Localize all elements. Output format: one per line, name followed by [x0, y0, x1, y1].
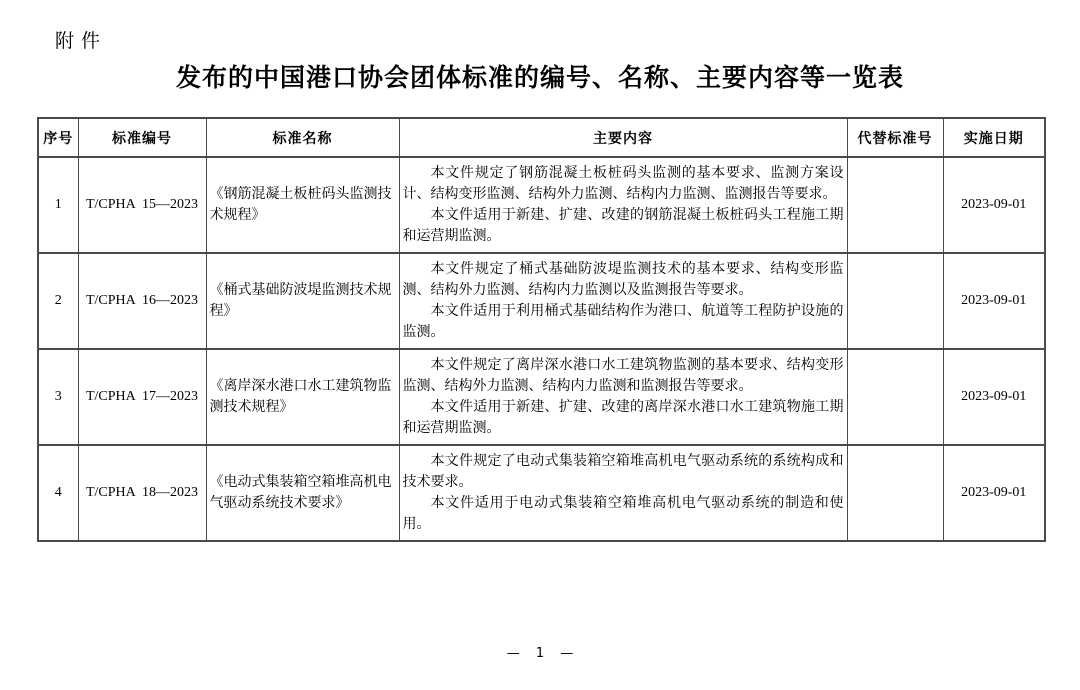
cell-seq: 2 [38, 253, 78, 349]
page-number: — 1 — [0, 646, 1080, 661]
cell-seq: 4 [38, 445, 78, 541]
cell-replaced-standard [847, 253, 943, 349]
cell-main-content: 本文件规定了桶式基础防波堤监测技术的基本要求、结构变形监测、结构外力监测、结构内… [399, 253, 847, 349]
col-header-name: 标准名称 [206, 118, 399, 157]
col-header-seq: 序号 [38, 118, 78, 157]
cell-replaced-standard [847, 349, 943, 445]
cell-standard-name: 《钢筋混凝土板桩码头监测技术规程》 [206, 157, 399, 253]
cell-standard-code: T/CPHA 18—2023 [78, 445, 206, 541]
col-header-replaced: 代替标准号 [847, 118, 943, 157]
content-paragraph: 本文件适用于新建、扩建、改建的离岸深水港口水工建筑物施工期和运营期监测。 [403, 397, 844, 439]
cell-standard-name: 《桶式基础防波堤监测技术规程》 [206, 253, 399, 349]
cell-implementation-date: 2023-09-01 [943, 157, 1045, 253]
table-row: 1 T/CPHA 15—2023 《钢筋混凝土板桩码头监测技术规程》 本文件规定… [38, 157, 1045, 253]
document-page: 附件 发布的中国港口协会团体标准的编号、名称、主要内容等一览表 序号 标准编号 … [0, 0, 1080, 690]
cell-standard-code: T/CPHA 16—2023 [78, 253, 206, 349]
cell-implementation-date: 2023-09-01 [943, 445, 1045, 541]
cell-standard-name: 《离岸深水港口水工建筑物监测技术规程》 [206, 349, 399, 445]
table-header: 序号 标准编号 标准名称 主要内容 代替标准号 实施日期 [38, 118, 1045, 157]
content-paragraph: 本文件规定了钢筋混凝土板桩码头监测的基本要求、监测方案设计、结构变形监测、结构外… [403, 163, 844, 205]
table-row: 4 T/CPHA 18—2023 《电动式集装箱空箱堆高机电气驱动系统技术要求》… [38, 445, 1045, 541]
col-header-content: 主要内容 [399, 118, 847, 157]
col-header-date: 实施日期 [943, 118, 1045, 157]
content-paragraph: 本文件规定了桶式基础防波堤监测技术的基本要求、结构变形监测、结构外力监测、结构内… [403, 259, 844, 301]
cell-main-content: 本文件规定了离岸深水港口水工建筑物监测的基本要求、结构变形监测、结构外力监测、结… [399, 349, 847, 445]
cell-standard-name: 《电动式集装箱空箱堆高机电气驱动系统技术要求》 [206, 445, 399, 541]
table-body: 1 T/CPHA 15—2023 《钢筋混凝土板桩码头监测技术规程》 本文件规定… [38, 157, 1045, 541]
content-paragraph: 本文件适用于电动式集装箱空箱堆高机电气驱动系统的制造和使用。 [403, 493, 844, 535]
cell-main-content: 本文件规定了钢筋混凝土板桩码头监测的基本要求、监测方案设计、结构变形监测、结构外… [399, 157, 847, 253]
cell-replaced-standard [847, 157, 943, 253]
col-header-code: 标准编号 [78, 118, 206, 157]
cell-implementation-date: 2023-09-01 [943, 349, 1045, 445]
attachment-label: 附件 [55, 26, 107, 53]
content-paragraph: 本文件适用于新建、扩建、改建的钢筋混凝土板桩码头工程施工期和运营期监测。 [403, 205, 844, 247]
table-row: 3 T/CPHA 17—2023 《离岸深水港口水工建筑物监测技术规程》 本文件… [38, 349, 1045, 445]
cell-standard-code: T/CPHA 17—2023 [78, 349, 206, 445]
table-row: 2 T/CPHA 16—2023 《桶式基础防波堤监测技术规程》 本文件规定了桶… [38, 253, 1045, 349]
standards-table: 序号 标准编号 标准名称 主要内容 代替标准号 实施日期 1 T/CPHA 15… [37, 117, 1046, 542]
content-paragraph: 本文件适用于利用桶式基础结构作为港口、航道等工程防护设施的监测。 [403, 301, 844, 343]
content-paragraph: 本文件规定了电动式集装箱空箱堆高机电气驱动系统的系统构成和技术要求。 [403, 451, 844, 493]
content-paragraph: 本文件规定了离岸深水港口水工建筑物监测的基本要求、结构变形监测、结构外力监测、结… [403, 355, 844, 397]
cell-implementation-date: 2023-09-01 [943, 253, 1045, 349]
cell-main-content: 本文件规定了电动式集装箱空箱堆高机电气驱动系统的系统构成和技术要求。 本文件适用… [399, 445, 847, 541]
header-row: 序号 标准编号 标准名称 主要内容 代替标准号 实施日期 [38, 118, 1045, 157]
cell-seq: 3 [38, 349, 78, 445]
cell-seq: 1 [38, 157, 78, 253]
page-title: 发布的中国港口协会团体标准的编号、名称、主要内容等一览表 [0, 58, 1080, 94]
cell-replaced-standard [847, 445, 943, 541]
cell-standard-code: T/CPHA 15—2023 [78, 157, 206, 253]
